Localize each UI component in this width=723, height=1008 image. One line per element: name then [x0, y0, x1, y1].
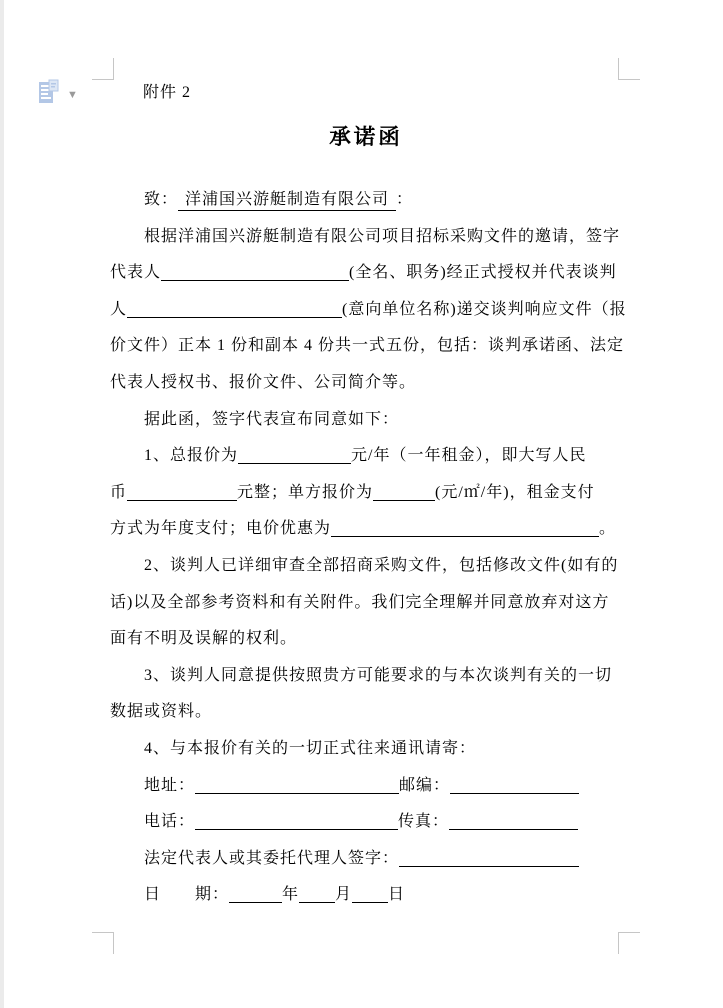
blank-underline	[331, 520, 599, 537]
doc-line: 3、谈判人同意提供按照贵方可能要求的与本次谈判有关的一切	[110, 658, 622, 695]
text-run: (元/㎡/年)，租金支付	[435, 484, 595, 501]
text-run: 3、谈判人同意提供按照贵方可能要求的与本次谈判有关的一切	[144, 667, 612, 684]
text-run: 4、与本报价有关的一切正式往来通讯请寄：	[144, 740, 476, 757]
doc-line: 日 期：年月日	[110, 877, 622, 914]
text-run: 话)以及全部参考资料和有关附件。我们完全理解并同意放弃对这方	[110, 594, 609, 611]
doc-line: 1、总报价为元/年（一年租金），即大写人民	[110, 438, 622, 475]
text-run: 电话：	[144, 813, 195, 830]
text-run: 元/年（一年租金），即大写人民	[351, 447, 586, 464]
doc-line: 代表人(全名、职务)经正式授权并代表谈判	[110, 255, 622, 292]
doc-line: 根据洋浦国兴游艇制造有限公司项目招标采购文件的邀请，签字	[110, 219, 622, 256]
text-run: (意向单位名称)递交谈判响应文件（报	[342, 301, 627, 318]
text-run: 月	[335, 886, 352, 903]
text-run: 代表人	[110, 264, 161, 281]
blank-underline	[229, 886, 282, 903]
text-run: 致：	[144, 191, 178, 208]
doc-line: 价文件）正本 1 份和副本 4 份共一式五份，包括：谈判承诺函、法定	[110, 328, 622, 365]
doc-line: 代表人授权书、报价文件、公司简介等。	[110, 365, 622, 402]
text-run: 年	[282, 886, 299, 903]
text-run: 法定代表人或其委托代理人签字：	[144, 850, 399, 867]
attachment-label: 附件 2	[110, 80, 622, 106]
blank-underline	[161, 264, 349, 281]
margin-mark-top-right	[618, 58, 640, 80]
document-title: 承诺函	[110, 120, 622, 154]
clipboard-paste-icon	[38, 79, 60, 111]
doc-line: 据此函，签字代表宣布同意如下：	[110, 402, 622, 439]
doc-line: 致：洋浦国兴游艇制造有限公司：	[110, 182, 622, 219]
window-left-edge	[0, 0, 4, 1008]
margin-mark-top-left	[92, 58, 114, 80]
doc-line: 2、谈判人已详细审查全部招商采购文件，包括修改文件(如有的	[110, 548, 622, 585]
text-run: 元整；单方报价为	[237, 484, 373, 501]
text-run: 传真：	[398, 813, 449, 830]
text-run: 数据或资料。	[110, 703, 212, 720]
underlined-text: 洋浦国兴游艇制造有限公司	[178, 191, 396, 211]
doc-line: 法定代表人或其委托代理人签字：	[110, 841, 622, 878]
blank-underline	[238, 447, 351, 464]
text-run: 日 期：	[144, 886, 229, 903]
document-text: 附件 2 承诺函 致：洋浦国兴游艇制造有限公司：根据洋浦国兴游艇制造有限公司项目…	[110, 80, 622, 914]
text-run: 地址：	[144, 777, 195, 794]
blank-underline	[127, 484, 237, 501]
text-run: 人	[110, 301, 127, 318]
blank-underline	[195, 777, 399, 794]
blank-underline	[373, 484, 435, 501]
text-run: 2、谈判人已详细审查全部招商采购文件，包括修改文件(如有的	[144, 557, 618, 574]
text-run: ：	[396, 191, 413, 208]
blank-underline	[352, 886, 388, 903]
doc-line: 4、与本报价有关的一切正式往来通讯请寄：	[110, 731, 622, 768]
blank-underline	[450, 777, 579, 794]
text-run: 。	[599, 520, 616, 537]
text-run: 1、总报价为	[144, 447, 238, 464]
word-document-page: { "window": { "background": "#ffffff", "…	[0, 0, 723, 1008]
text-run: 价文件）正本 1 份和副本 4 份共一式五份，包括：谈判承诺函、法定	[110, 337, 624, 354]
doc-line: 方式为年度支付；电价优惠为。	[110, 511, 622, 548]
text-run: 面有不明及误解的权利。	[110, 630, 297, 647]
text-run: 币	[110, 484, 127, 501]
text-run: (全名、职务)经正式授权并代表谈判	[349, 264, 617, 281]
margin-mark-bottom-right	[618, 932, 640, 954]
doc-line: 币元整；单方报价为(元/㎡/年)，租金支付	[110, 475, 622, 512]
margin-mark-bottom-left	[92, 932, 114, 954]
blank-underline	[399, 850, 579, 867]
doc-line: 电话：传真：	[110, 804, 622, 841]
text-run: 根据洋浦国兴游艇制造有限公司项目招标采购文件的邀请，签字	[144, 228, 620, 245]
doc-line: 人(意向单位名称)递交谈判响应文件（报	[110, 292, 622, 329]
doc-line: 话)以及全部参考资料和有关附件。我们完全理解并同意放弃对这方	[110, 585, 622, 622]
text-run: 据此函，签字代表宣布同意如下：	[144, 411, 399, 428]
chevron-down-icon: ▼	[67, 90, 78, 101]
text-run: 邮编：	[399, 777, 450, 794]
doc-line: 地址：邮编：	[110, 768, 622, 805]
paste-options-button[interactable]: ▼	[38, 80, 90, 110]
blank-underline	[127, 301, 342, 318]
blank-underline	[299, 886, 335, 903]
text-run: 方式为年度支付；电价优惠为	[110, 520, 331, 537]
text-run: 代表人授权书、报价文件、公司简介等。	[110, 374, 416, 391]
text-run: 日	[388, 886, 405, 903]
doc-line: 面有不明及误解的权利。	[110, 621, 622, 658]
blank-underline	[449, 813, 578, 830]
blank-underline	[195, 813, 398, 830]
doc-line: 数据或资料。	[110, 694, 622, 731]
